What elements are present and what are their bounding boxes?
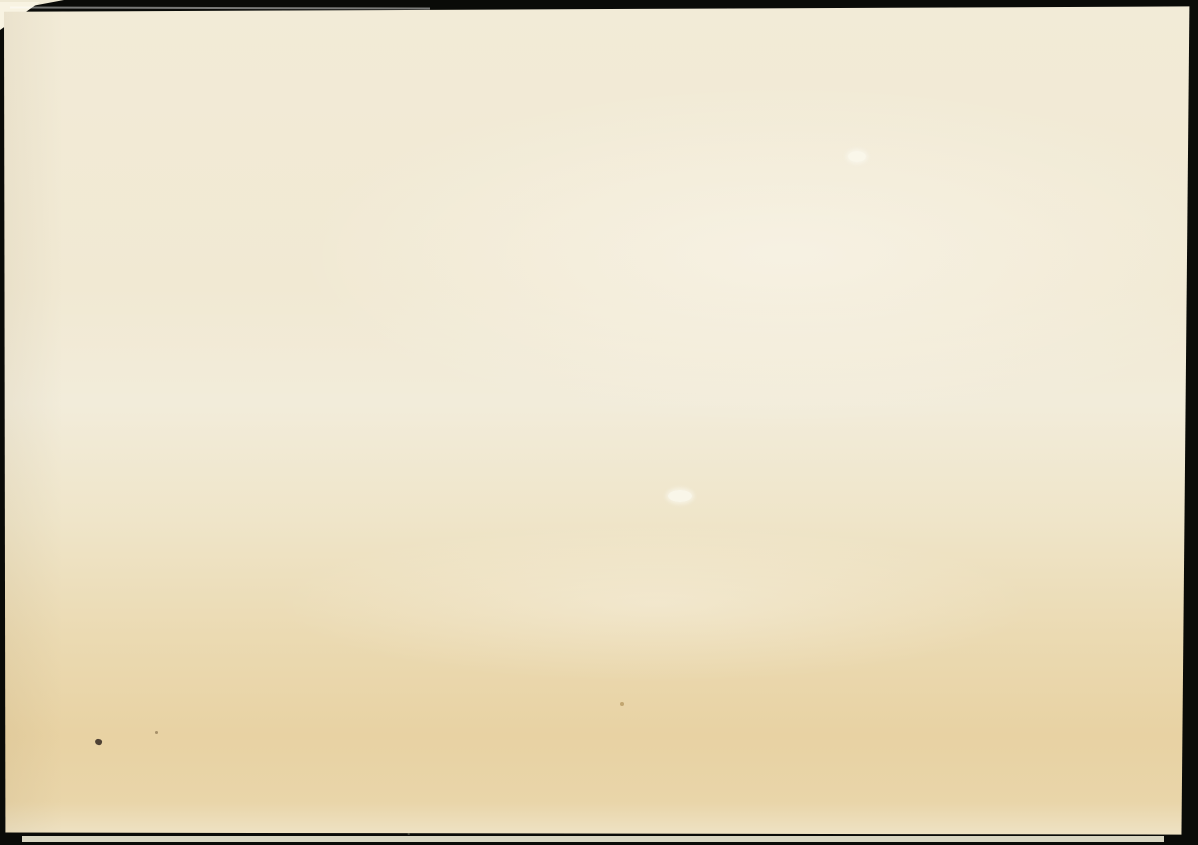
whiteout-spot	[848, 151, 866, 162]
under-sheet-edge	[22, 836, 1164, 842]
whiteout-spot	[668, 490, 692, 502]
ink-speck	[620, 702, 624, 706]
scanned-document-page: 12.Autorzy, historia obiektu, określenia…	[0, 0, 1198, 845]
paper	[4, 6, 1190, 835]
ink-speck	[155, 731, 158, 734]
paper-top-edge-highlight	[10, 6, 430, 9]
